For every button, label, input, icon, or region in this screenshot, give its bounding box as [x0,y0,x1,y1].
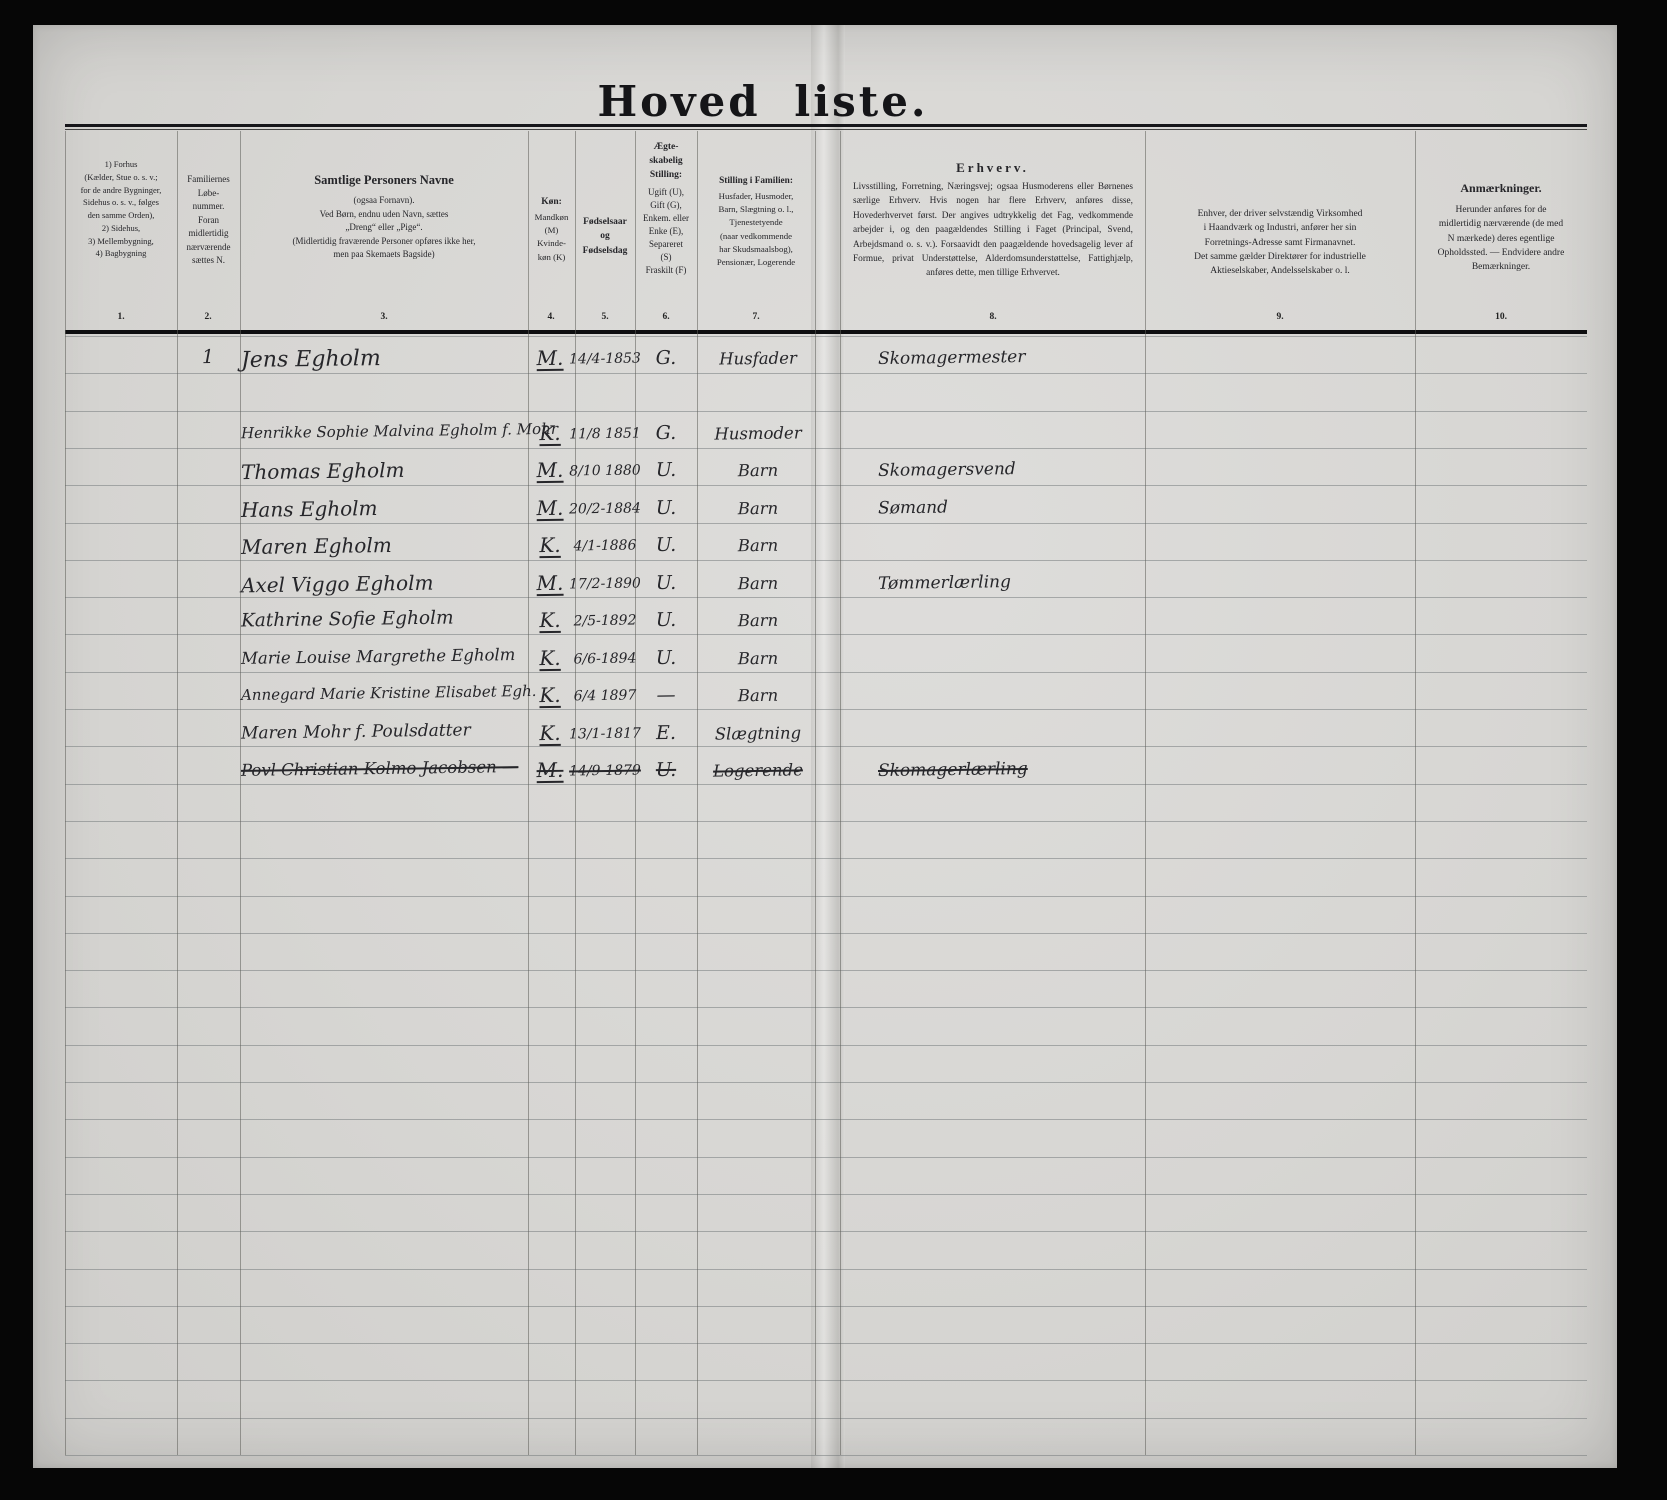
family-position: Barn [699,685,817,706]
person-name: Marie Louise Margrethe Egholm [241,645,516,668]
ruled-line [65,784,1587,785]
family-number: 1 [183,346,233,369]
ruled-line [65,970,1587,971]
ruled-line [65,1380,1587,1381]
ruled-line [65,597,1587,598]
page-title: Hoved liste. [493,77,1033,126]
scanned-document: { "page": { "title": "Hoved liste." }, "… [0,0,1667,1500]
column-number: 4. [531,312,571,322]
column-separator [840,131,841,1455]
marital-status: U. [637,459,695,482]
occupation: Skomagerlærling [878,759,1028,781]
ruled-line [65,1269,1587,1270]
column-number: 1. [101,312,141,322]
occupation: Tømmerlærling [878,572,1011,594]
column-number: 6. [646,312,686,322]
family-position: Barn [699,648,817,669]
ruled-line [65,746,1587,747]
birth-date: 17/2-1890 [569,575,641,592]
occupation: Sømand [878,498,948,519]
ruled-line [65,1157,1587,1158]
sex-value: K. [525,721,575,746]
column-separator [1415,131,1416,1455]
header-occupation-body: Livsstilling, Forretning, Næringsvej; og… [853,180,1133,281]
ruled-line [65,1007,1587,1008]
family-position: Barn [699,535,817,556]
person-name: Maren Egholm [241,533,392,559]
column-number: 3. [364,312,404,322]
ruled-line [65,336,1587,337]
family-position: Barn [699,498,817,519]
birth-date: 20/2-1884 [569,500,641,517]
occupation: Skomagersvend [878,459,1016,481]
header-family-position-body: Husfader, Husmoder, Barn, Slægtning o. l… [697,190,815,269]
column-separator [575,131,576,1455]
sex-value: K. [525,421,575,446]
marital-status: U. [637,647,695,670]
sex-value: M. [525,571,575,596]
sex-value: M. [525,758,575,783]
ruled-line [65,411,1587,412]
marital-status: U. [637,609,695,632]
sex-value: K. [525,646,575,671]
person-name: Annegard Marie Kristine Elisabet Egh. [241,682,537,704]
person-name: Jens Egholm [241,346,381,373]
header-remarks-body: Herunder anføres for de midlertidig nærv… [1415,203,1587,274]
sex-value: M. [525,496,575,521]
family-position: Barn [699,573,817,594]
column-number: 10. [1481,312,1521,322]
sex-value: M. [525,346,575,371]
person-name: Hans Egholm [241,496,378,522]
header-marital-title: Ægte- skabelig Stilling: [635,141,697,182]
ruled-line [65,634,1587,635]
family-position: Logerende [699,760,817,781]
person-name: Kathrine Sofie Egholm [241,608,454,632]
marital-status: U. [637,534,695,557]
ruled-line [65,560,1587,561]
marital-status: U. [637,497,695,520]
ruled-line [65,1194,1587,1195]
ruled-line [65,1045,1587,1046]
family-position: Barn [699,610,817,631]
ruled-line [65,1082,1587,1083]
person-name: Maren Mohr f. Poulsdatter [241,720,471,743]
header-occupation-title: Erhverv. [840,158,1145,178]
column-separator [815,131,816,1455]
birth-date: 13/1-1817 [569,725,641,742]
marital-status: U. [637,759,695,782]
ruled-line [65,709,1587,710]
header-bottom-rule [65,330,1587,334]
column-number: 9. [1260,312,1300,322]
header-birth: Fødselsaar og Fødselsdag [575,215,635,258]
family-position: Husmoder [699,423,817,444]
person-name: Henrikke Sophie Malvina Egholm f. Mohr [241,420,558,442]
birth-date: 11/8 1851 [569,425,641,442]
ruled-line [65,373,1587,374]
marital-status: G. [637,422,695,445]
birth-date: 14/4-1853 [569,350,641,367]
column-separator [635,131,636,1455]
family-position: Husfader [699,348,817,369]
ruled-line [65,1418,1587,1419]
sex-value: K. [525,683,575,708]
title-rule-thick [65,124,1587,127]
ruled-line [65,1343,1587,1344]
sex-value: K. [525,533,575,558]
header-remarks-title: Anmærkninger. [1415,179,1587,197]
birth-date: 6/6-1894 [569,650,641,667]
column-separator [177,131,178,1455]
document-page: Hoved liste. 1) Forhus (Kælder, Stue o. … [33,25,1617,1468]
ruled-line [65,448,1587,449]
header-building: 1) Forhus (Kælder, Stue o. s. v.; for de… [65,158,177,260]
person-name: Axel Viggo Egholm [241,571,434,598]
person-name: Povl Christian Kolmo Jacobsen — [241,757,519,780]
birth-date: 14/9-1879 [569,762,641,779]
occupation: Skomagermester [878,347,1026,369]
ruled-line [65,1306,1587,1307]
birth-date: 4/1-1886 [569,537,641,554]
header-family-number: Familiernes Løbe- nummer. Foran midlerti… [177,173,240,268]
person-name: Thomas Egholm [241,458,405,484]
marital-status: U. [637,572,695,595]
header-family-position-title: Stilling i Familien: [697,175,815,189]
column-separator [1145,131,1146,1455]
sex-value: M. [525,458,575,483]
header-sex-body: Mandkøn (M) Kvinde- køn (K) [528,211,575,264]
column-separator [697,131,698,1455]
ruled-line [65,485,1587,486]
marital-status: E. [637,722,695,745]
title-rule-thin [65,129,1587,130]
birth-date: 6/4 1897 [569,687,641,704]
header-sex-title: Køn: [528,195,575,209]
ruled-line [65,896,1587,897]
ruled-line [65,1119,1587,1120]
sex-value: K. [525,608,575,633]
header-marital-body: Ugift (U), Gift (G), Enkem. eller Enke (… [635,186,697,277]
column-separator [65,131,66,1455]
family-position: Slægtning [699,723,817,744]
header-names-title: Samtlige Personers Navne [240,171,528,190]
marital-status: G. [637,347,695,370]
ruled-line [65,858,1587,859]
ruled-line [65,672,1587,673]
ruled-line [65,821,1587,822]
column-number: 7. [736,312,776,322]
header-business-address: Enhver, der driver selvstændig Virksomhe… [1145,207,1415,278]
family-position: Barn [699,460,817,481]
birth-date: 2/5-1892 [569,612,641,629]
column-number: 8. [973,312,1013,322]
column-separator [240,131,241,1455]
ruled-line [65,1231,1587,1232]
ruled-line [65,523,1587,524]
header-names-body: (ogsaa Fornavn). Ved Børn, endnu uden Na… [240,194,528,262]
marital-status: — [637,684,695,707]
birth-date: 8/10 1880 [569,462,641,479]
ruled-line [65,933,1587,934]
column-number: 2. [188,312,228,322]
column-separator [528,131,529,1455]
column-number: 5. [585,312,625,322]
ruled-line [65,1455,1587,1456]
